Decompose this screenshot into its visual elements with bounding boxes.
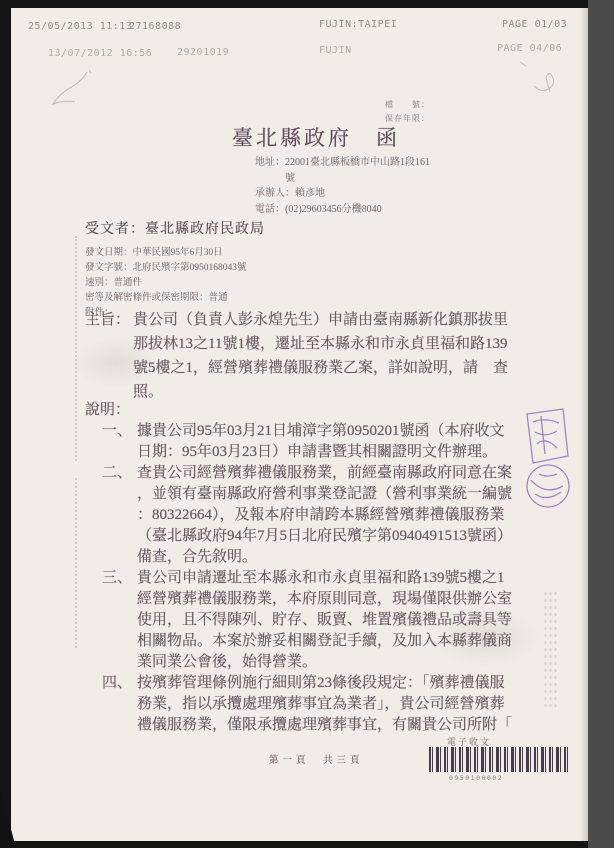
fax-page-indicator: PAGE 01/03 bbox=[502, 19, 567, 30]
fax-datetime: 25/05/2013 11:13 bbox=[28, 21, 132, 32]
binding-margin-dots bbox=[75, 478, 77, 648]
explanation-section: 說明： 一、 據貴公司95年03月21日埔漳字第0950201號函（本府收文日期… bbox=[85, 400, 555, 736]
explanation-item: 一、 據貴公司95年03月21日埔漳字第0950201號函（本府收文日期：95年… bbox=[85, 421, 555, 463]
document-title: 臺北縣政府 函 bbox=[232, 122, 400, 152]
issue-date-line: 發文日期：中華民國95年6月30日 bbox=[85, 246, 265, 261]
fax-datetime: 13/07/2012 16:56 bbox=[48, 48, 152, 59]
handwritten-scribble bbox=[514, 56, 566, 102]
explanation-item: 四、 按殯葬管理條例施行細則第23條後段規定：「殯葬禮儀服務業，指以承攬處理殯葬… bbox=[85, 673, 555, 736]
subject-label: 主旨： bbox=[85, 308, 133, 332]
document-page: 25/05/2013 11:13 27168088 FUJIN:TAIPEI P… bbox=[11, 8, 588, 841]
scanned-fax-document: 25/05/2013 11:13 27168088 FUJIN:TAIPEI P… bbox=[0, 0, 614, 848]
fax-number: 27168088 bbox=[129, 21, 181, 32]
contact-person: 承辦人：賴彥地 bbox=[255, 186, 430, 202]
fax-station-id: FUJIN:TAIPEI bbox=[319, 19, 397, 30]
subject-section: 主旨： 貴公司（負責人彭永煌先生）申請由臺南縣新化鎮那拔里那拔林13之11號1樓… bbox=[85, 308, 545, 404]
page-number-footer: 第一頁 共三頁 bbox=[269, 752, 364, 766]
explanation-label: 說明： bbox=[85, 400, 555, 421]
recipient-line: 受文者：臺北縣政府民政局 bbox=[85, 218, 265, 238]
item-body: 據貴公司95年03月21日埔漳字第0950201號函（本府收文日期：95年03月… bbox=[137, 421, 505, 463]
item-number: 三、 bbox=[102, 568, 137, 589]
item-body: 查貴公司經營殯葬禮儀服務業，前經臺南縣政府同意在案，並領有臺南縣政府營利事業登記… bbox=[137, 463, 512, 568]
reference-number-line: 發文字號：北府民殯字第0950168043號 bbox=[85, 261, 265, 276]
official-seal-stamp bbox=[517, 406, 571, 518]
contact-phone: 電話：(02)29603456分機8040 bbox=[255, 202, 430, 218]
scan-edge-strip bbox=[588, 0, 614, 848]
explanation-item: 三、 貴公司申請遷址至本縣永和市永貞里福和路139號5樓之1經營殯葬禮儀服務業，… bbox=[85, 568, 555, 673]
document-meta-block: 受文者：臺北縣政府民政局 發文日期：中華民國95年6月30日 發文字號：北府民殯… bbox=[85, 218, 265, 321]
fax-number: 29201019 bbox=[177, 47, 229, 58]
security-line: 密等及解密條件或保密期限：普通 bbox=[85, 291, 265, 306]
sender-address-continuation: 號 bbox=[255, 171, 430, 187]
fax-station-id: FUJIN bbox=[319, 45, 352, 56]
binding-margin-dots bbox=[75, 236, 77, 461]
priority-line: 速別：普通件 bbox=[85, 276, 265, 291]
barcode bbox=[429, 747, 569, 772]
file-number-label: 檔 號： bbox=[385, 98, 430, 112]
item-number: 四、 bbox=[102, 673, 137, 694]
item-body: 貴公司申請遷址至本縣永和市永貞里福和路139號5樓之1經營殯葬禮儀服務業，本府原… bbox=[137, 568, 512, 673]
scan-corner-shadow bbox=[0, 788, 16, 848]
subject-body: 貴公司（負責人彭永煌先生）申請由臺南縣新化鎮那拔里那拔林13之11號1樓，遷址至… bbox=[133, 308, 508, 404]
barcode-number: 0950100002 bbox=[449, 774, 503, 782]
fax-page-indicator: PAGE 04/06 bbox=[497, 43, 562, 54]
item-body: 按殯葬管理條例施行細則第23條後段規定：「殯葬禮儀服務業，指以承攬處理殯葬事宜為… bbox=[137, 673, 512, 736]
item-number: 一、 bbox=[102, 421, 137, 442]
sender-address: 地址：22001臺北縣板橋市中山路1段161 bbox=[255, 155, 430, 171]
explanation-item: 二、 查貴公司經營殯葬禮儀服務業，前經臺南縣政府同意在案，並領有臺南縣政府營利事… bbox=[85, 463, 555, 568]
handwritten-scribble bbox=[49, 68, 109, 110]
scan-noise-smudge bbox=[543, 590, 559, 708]
sender-info-block: 地址：22001臺北縣板橋市中山路1段161 號 承辦人：賴彥地 電話：(02)… bbox=[255, 155, 430, 217]
item-number: 二、 bbox=[102, 463, 137, 484]
